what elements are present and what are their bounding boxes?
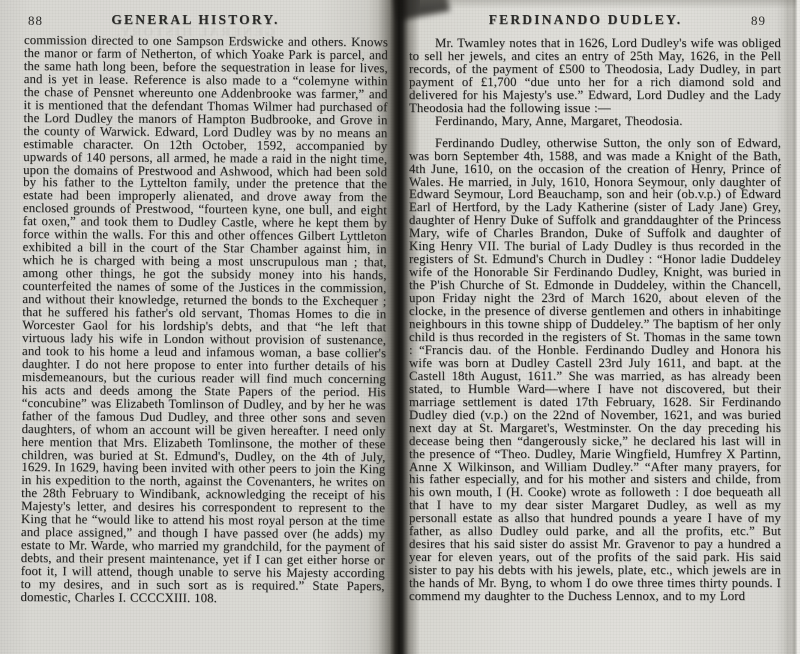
page-number-right: 89	[751, 13, 766, 29]
book-spread: 88 GENERAL HISTORY. GENERAL HISTORY. com…	[0, 0, 800, 654]
issue-list-line: Ferdinando, Mary, Anne, Margaret, Theodo…	[409, 115, 781, 128]
running-header-left: GENERAL HISTORY.	[24, 12, 367, 28]
right-page: Mr. Twamley notes that in 1626, Lord Dud…	[395, 0, 800, 654]
paragraph-ferdinando-dudley: Ferdinando Dudley, otherwise Sutton, the…	[409, 137, 781, 603]
right-page-body-text: Mr. Twamley notes that in 1626, Lord Dud…	[409, 37, 781, 603]
paragraph-twamley-note: Mr. Twamley notes that in 1626, Lord Dud…	[409, 37, 781, 115]
left-page: 88 GENERAL HISTORY. GENERAL HISTORY. com…	[0, 0, 395, 654]
running-header-right: FERDINANDO DUDLEY.	[401, 12, 770, 28]
left-page-body-text: commission directed to one Sampson Erdsw…	[21, 34, 388, 606]
